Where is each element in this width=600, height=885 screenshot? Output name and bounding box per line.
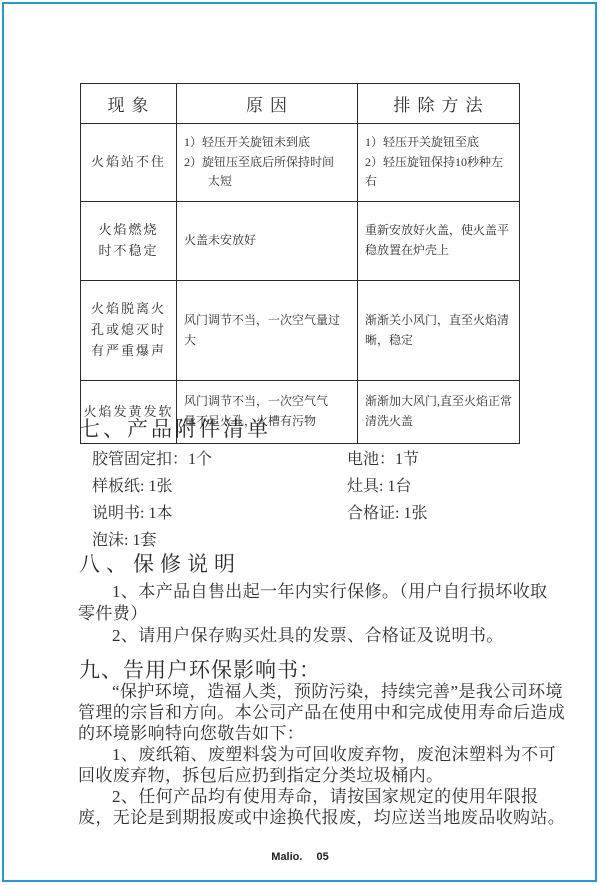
accessory-item: 胶管固定扣：1个 [92,446,212,473]
page-footer: Malio.05 [0,851,600,863]
section-title-warranty: 八、保修说明 [79,548,241,578]
environment-paragraphs: “保护环境，造福人类，预防污染，持续完善”是我公司环境管理的宗旨和方向。本公司产… [78,681,567,828]
warranty-paragraph: 1、本产品自售出起一年内实行保修。（用户自行损坏收取零件费） [78,581,560,625]
table-row: 火焰燃烧 时不稳定 火盖未安放好 重新安放好火盖，使火盖平 稳放置在炉壳上 [81,202,520,281]
section-title-accessories: 七、产品附件清单 [79,413,271,443]
table-row: 火焰脱离火 孔或熄灭时 有严重爆声 风门调节不当，一次空气量过大 渐渐关小风门，… [81,281,520,381]
accessories-left-column: 胶管固定扣：1个 样板纸: 1张 说明书: 1本 泡沫: 1套 [92,446,212,554]
cause-cell: 风门调节不当，一次空气量过大 [177,281,358,381]
phenomenon-cell: 火焰脱离火 孔或熄灭时 有严重爆声 [81,281,177,381]
warranty-paragraph: 2、请用户保存购买灶具的发票、合格证及说明书。 [78,625,560,647]
accessories-right-column: 电池：1节 灶具: 1台 合格证: 1张 [347,446,427,527]
accessory-item: 灶具: 1台 [347,473,427,500]
remedy-cell: 1）轻压开关旋钮至底 2）轻压旋钮保持10秒种左右 [358,124,520,202]
environment-paragraph: 1、废纸箱、废塑料袋为可回收废弃物，废泡沫塑料为不可回收废弃物，拆包后应扔到指定… [78,744,567,786]
table-header-row: 现象 原因 排除方法 [81,84,520,124]
phenomenon-cell: 火焰站不住 [81,124,177,202]
environment-paragraph: 2、任何产品均有使用寿命，请按国家规定的使用年限报废，无论是到期报废或中途换代报… [78,786,567,828]
cause-cell: 火盖未安放好 [177,202,358,281]
environment-paragraph: “保护环境，造福人类，预防污染，持续完善”是我公司环境管理的宗旨和方向。本公司产… [78,681,567,744]
remedy-cell: 渐渐加大风门,直至火焰正常 清洗火盖 [358,381,520,444]
table-row: 火焰站不住 1）轻压开关旋钮未到底 2）旋钮压至底后所保持时间 太短 1）轻压开… [81,124,520,202]
accessory-item: 合格证: 1张 [347,500,427,527]
section-title-environment: 九、告用户环保影响书： [79,654,321,684]
troubleshooting-table: 现象 原因 排除方法 火焰站不住 1）轻压开关旋钮未到底 2）旋钮压至底后所保持… [80,83,520,444]
remedy-cell: 渐渐关小风门，直至火焰清 晰，稳定 [358,281,520,381]
header-cause: 原因 [177,84,358,124]
header-phenomenon: 现象 [81,84,177,124]
phenomenon-cell: 火焰燃烧 时不稳定 [81,202,177,281]
accessory-item: 样板纸: 1张 [92,473,212,500]
header-remedy: 排除方法 [358,84,520,124]
warranty-paragraphs: 1、本产品自售出起一年内实行保修。（用户自行损坏收取零件费） 2、请用户保存购买… [78,581,560,647]
brand-logo-text: Malio. [271,851,302,863]
cause-cell: 1）轻压开关旋钮未到底 2）旋钮压至底后所保持时间 太短 [177,124,358,202]
page-number: 05 [316,851,328,863]
remedy-cell: 重新安放好火盖，使火盖平 稳放置在炉壳上 [358,202,520,281]
accessory-item: 说明书: 1本 [92,500,212,527]
accessory-item: 电池：1节 [347,446,427,473]
